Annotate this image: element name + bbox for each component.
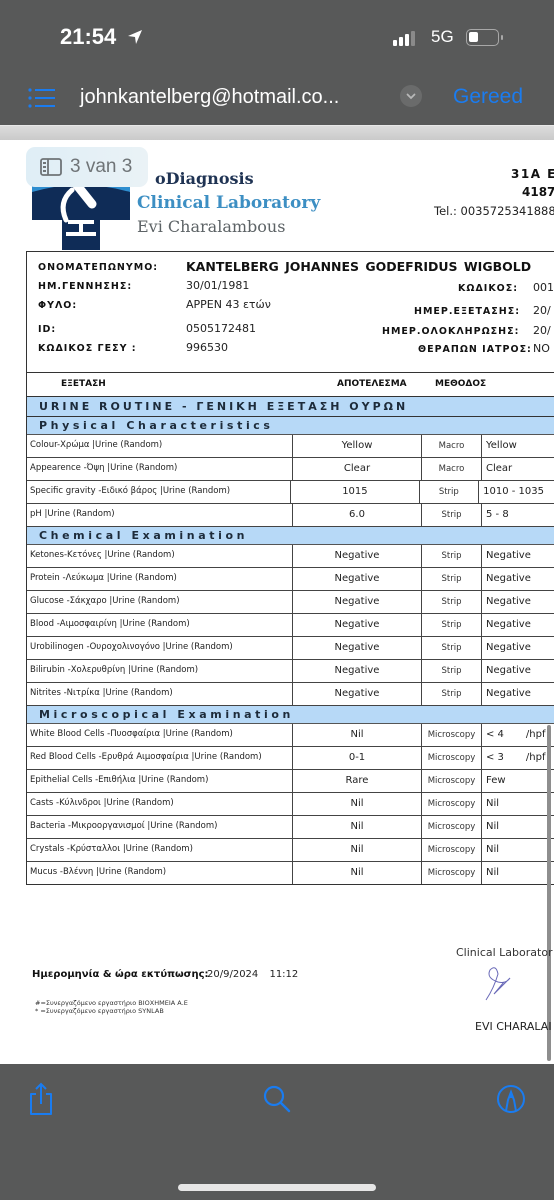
signature-name: EVI CHARALAI (475, 1020, 552, 1033)
test-method: Strip (422, 614, 482, 636)
location-arrow-icon (126, 28, 144, 46)
test-reference: Nil (482, 862, 554, 884)
test-name: Casts -Κύλινδροι |Urine (Random) (27, 793, 293, 815)
completion-date-label: ΗΜΕΡ.ΟΛΟΚΛΗΡΩΣΗΣ: (382, 326, 519, 337)
test-name: Specific gravity -Ειδικό βάρος |Urine (R… (27, 481, 291, 503)
reference-value: Negative (486, 596, 531, 607)
test-result: Negative (293, 683, 422, 705)
test-name: Mucus -Βλέννη |Urine (Random) (27, 862, 293, 884)
reference-value: < 4 (486, 729, 504, 740)
test-reference: Negative (482, 683, 554, 705)
test-result: Negative (293, 637, 422, 659)
lab-address-line2: 4187 (522, 185, 554, 199)
dob-value: 30/01/1981 (186, 279, 249, 292)
page-indicator: 3 van 3 (26, 147, 148, 187)
table-row: Nitrites -Νιτρίκα |Urine (Random)Negativ… (27, 683, 554, 706)
pdf-page[interactable]: 3 van 3 oDiagnosis Clinical Laboratory E… (0, 140, 554, 1064)
id-value: 0505172481 (186, 322, 256, 335)
reference-value: Nil (486, 798, 499, 809)
reference-value: Few (486, 775, 506, 786)
test-name: Bilirubin -Χολερυθρίνη |Urine (Random) (27, 660, 293, 682)
test-name: pH |Urine (Random) (27, 504, 293, 526)
reference-unit: /hpf (526, 729, 546, 740)
status-time: 21:54 (60, 24, 116, 50)
test-method: Strip (422, 545, 482, 567)
status-bar: 21:54 5G (0, 0, 554, 75)
reference-value: Negative (486, 550, 531, 561)
test-method: Macro (422, 458, 482, 480)
doctor-value: ΝΟ (533, 342, 550, 355)
table-header: ΕΞΕΤΑΣΗ ΑΠΟΤΕΛΕΣΜΑ ΜΕΘΟΔΟΣ (27, 373, 554, 397)
test-name: Ketones-Κετόνες |Urine (Random) (27, 545, 293, 567)
signature-icon (476, 960, 520, 1008)
title-menu-button[interactable] (400, 85, 422, 107)
id-label: ID: (38, 324, 56, 335)
share-button[interactable] (24, 1082, 58, 1116)
lab-phone: Tel.: 0035725341888 (434, 204, 554, 218)
print-date-value: 20/9/2024 11:12 (207, 969, 298, 980)
test-method: Strip (422, 660, 482, 682)
test-result: 1015 (291, 481, 419, 503)
scrollbar[interactable] (547, 725, 551, 1061)
test-reference: Nil (482, 839, 554, 861)
footnote-1: #=Συνεργαζόμενο εργαστήριο ΒΙΟΧΗΜΕΙΑ Α.Ε (35, 999, 188, 1007)
exam-date-label: ΗΜΕΡ.ΕΞΕΤΑΣΗΣ: (414, 306, 520, 317)
test-name: Glucose -Σάκχαρο |Urine (Random) (27, 591, 293, 613)
table-row: Protein -Λεύκωμα |Urine (Random)Negative… (27, 568, 554, 591)
test-method: Microscopy (422, 816, 482, 838)
group-title: Physical Characteristics (27, 417, 554, 435)
reference-value: 5 - 8 (486, 509, 509, 520)
group-title: Chemical Examination (27, 527, 554, 545)
list-icon[interactable] (28, 87, 56, 109)
test-result: Nil (293, 724, 422, 746)
reference-value: Nil (486, 844, 499, 855)
test-name: Urobilinogen -Ουροχολινογόνο |Urine (Ran… (27, 637, 293, 659)
lab-subtitle: Clinical Laboratory (137, 193, 320, 213)
markup-button[interactable] (494, 1082, 528, 1116)
table-row: White Blood Cells -Πυοσφαίρια |Urine (Ra… (27, 724, 554, 747)
section-title: URINE ROUTINE - ΓΕΝΙΚΗ ΕΞΕΤΑΣΗ ΟΥΡΩΝ (27, 397, 554, 417)
test-method: Strip (422, 504, 482, 526)
network-type: 5G (431, 27, 454, 47)
test-result: Negative (293, 660, 422, 682)
battery-low-icon (466, 29, 499, 46)
test-result: Nil (293, 839, 422, 861)
search-icon (262, 1084, 292, 1114)
test-reference: Negative (482, 568, 554, 590)
completion-date-value: 20/ (533, 324, 551, 337)
lab-name: oDiagnosis (155, 169, 254, 188)
test-name: Crystals -Κρύσταλλοι |Urine (Random) (27, 839, 293, 861)
test-name: Appearence -Όψη |Urine (Random) (27, 458, 293, 480)
test-name: Red Blood Cells -Ερυθρά Αιμοσφαίρια |Uri… (27, 747, 293, 769)
test-reference: 5 - 8 (482, 504, 554, 526)
test-reference: 1010 - 1035 (479, 481, 554, 503)
reference-unit: /hpf (526, 752, 546, 763)
sex-value: ΑΡΡΕΝ 43 ετών (186, 298, 271, 311)
lab-owner: Evi Charalambous (137, 217, 285, 236)
table-row: Appearence -Όψη |Urine (Random)ClearMacr… (27, 458, 554, 481)
results-table: ΕΞΕΤΑΣΗ ΑΠΟΤΕΛΕΣΜΑ ΜΕΘΟΔΟΣ URINE ROUTINE… (26, 373, 554, 885)
test-reference: Yellow (482, 435, 554, 457)
document-title: johnkantelberg@hotmail.co... (80, 86, 339, 109)
name-label: ΟΝΟΜΑΤΕΠΩΝΥΜΟ: (38, 262, 158, 273)
test-result: Nil (293, 793, 422, 815)
home-indicator (178, 1184, 376, 1191)
test-method: Strip (420, 481, 480, 503)
search-button[interactable] (260, 1082, 294, 1116)
col-method: ΜΕΘΟΔΟΣ (435, 379, 486, 389)
reference-value: 1010 - 1035 (483, 486, 544, 497)
test-reference: Negative (482, 591, 554, 613)
test-reference: Negative (482, 545, 554, 567)
lab-address-line1: 31A E (511, 167, 554, 181)
exam-date-value: 20/ (533, 304, 551, 317)
table-row: Ketones-Κετόνες |Urine (Random)NegativeS… (27, 545, 554, 568)
test-method: Strip (422, 637, 482, 659)
test-name: Nitrites -Νιτρίκα |Urine (Random) (27, 683, 293, 705)
table-row: Bacteria -Μικροοργανισμοί |Urine (Random… (27, 816, 554, 839)
table-row: Specific gravity -Ειδικό βάρος |Urine (R… (27, 481, 554, 504)
patient-name: KANTELBERG JOHANNES GODEFRIDUS WIGBOLD (186, 259, 531, 274)
reference-value: Negative (486, 573, 531, 584)
reference-value: Negative (486, 619, 531, 630)
reference-value: Nil (486, 867, 499, 878)
table-row: Colour-Χρώμα |Urine (Random)YellowMacroY… (27, 435, 554, 458)
test-method: Microscopy (422, 793, 482, 815)
col-result: ΑΠΟΤΕΛΕΣΜΑ (337, 379, 407, 389)
table-row: Bilirubin -Χολερυθρίνη |Urine (Random)Ne… (27, 660, 554, 683)
nav-bar: johnkantelberg@hotmail.co... Gereed (0, 75, 554, 125)
test-method: Microscopy (422, 724, 482, 746)
table-row: Red Blood Cells -Ερυθρά Αιμοσφαίρια |Uri… (27, 747, 554, 770)
test-result: Yellow (293, 435, 422, 457)
reference-value: Negative (486, 642, 531, 653)
test-result: Negative (293, 568, 422, 590)
test-result: 6.0 (293, 504, 422, 526)
test-result: Negative (293, 614, 422, 636)
bottom-toolbar (0, 1064, 554, 1200)
test-method: Strip (422, 568, 482, 590)
test-result: Negative (293, 591, 422, 613)
table-row: Blood -Αιμοσφαιρίνη |Urine (Random)Negat… (27, 614, 554, 637)
test-reference: Negative (482, 637, 554, 659)
test-reference: Negative (482, 660, 554, 682)
reference-value: Clear (486, 463, 512, 474)
footnote-2: * =Συνεργαζόμενο εργαστήριο SYNLAB (35, 1007, 164, 1015)
gesy-label: ΚΩΔΙΚΟΣ ΓΕΣΥ : (38, 343, 137, 354)
code-value: 001 (533, 281, 554, 294)
reference-value: Negative (486, 688, 531, 699)
signature-lab: Clinical Laborator (456, 946, 553, 959)
test-name: Epithelial Cells -Επιθήλια |Urine (Rando… (27, 770, 293, 792)
test-method: Strip (422, 591, 482, 613)
reference-value: Negative (486, 665, 531, 676)
test-result: Rare (293, 770, 422, 792)
table-row: Glucose -Σάκχαρο |Urine (Random)Negative… (27, 591, 554, 614)
test-method: Strip (422, 683, 482, 705)
page-indicator-text: 3 van 3 (70, 156, 132, 178)
test-name: Protein -Λεύκωμα |Urine (Random) (27, 568, 293, 590)
chevron-down-icon (400, 85, 422, 107)
table-row: Epithelial Cells -Επιθήλια |Urine (Rando… (27, 770, 554, 793)
print-date-label: Ημερομηνία & ώρα εκτύπωσης: (32, 969, 209, 980)
reference-value: Nil (486, 821, 499, 832)
test-method: Macro (422, 435, 482, 457)
test-method: Microscopy (422, 747, 482, 769)
patient-info: ΟΝΟΜΑΤΕΠΩΝΥΜΟ: KANTELBERG JOHANNES GODEF… (26, 251, 554, 373)
test-reference: Few (482, 770, 554, 792)
separator (0, 125, 554, 140)
test-reference: Nil (482, 816, 554, 838)
markup-pen-icon (496, 1084, 526, 1114)
test-reference: < 4/hpf (482, 724, 554, 746)
sex-label: ΦΥΛΟ: (38, 300, 77, 311)
page-thumbnail-icon (40, 158, 62, 176)
table-row: Urobilinogen -Ουροχολινογόνο |Urine (Ran… (27, 637, 554, 660)
test-result: 0-1 (293, 747, 422, 769)
col-test: ΕΞΕΤΑΣΗ (61, 379, 106, 389)
test-result: Clear (293, 458, 422, 480)
test-method: Microscopy (422, 770, 482, 792)
test-name: Blood -Αιμοσφαιρίνη |Urine (Random) (27, 614, 293, 636)
test-name: Colour-Χρώμα |Urine (Random) (27, 435, 293, 457)
test-reference: Nil (482, 793, 554, 815)
test-result: Nil (293, 862, 422, 884)
test-result: Negative (293, 545, 422, 567)
test-reference: Negative (482, 614, 554, 636)
done-button[interactable]: Gereed (453, 85, 523, 109)
test-method: Microscopy (422, 862, 482, 884)
test-reference: < 3/hpf (482, 747, 554, 769)
doctor-label: ΘΕΡΑΠΩΝ ΙΑΤΡΟΣ: (418, 344, 532, 355)
share-icon (26, 1082, 56, 1116)
dob-label: ΗΜ.ΓΕΝΝΗΣΗΣ: (38, 281, 132, 292)
gesy-value: 996530 (186, 341, 228, 354)
test-method: Microscopy (422, 839, 482, 861)
reference-value: < 3 (486, 752, 504, 763)
table-row: Mucus -Βλέννη |Urine (Random)NilMicrosco… (27, 862, 554, 885)
test-name: Bacteria -Μικροοργανισμοί |Urine (Random… (27, 816, 293, 838)
cellular-signal-icon (393, 30, 415, 46)
test-name: White Blood Cells -Πυοσφαίρια |Urine (Ra… (27, 724, 293, 746)
reference-value: Yellow (486, 440, 517, 451)
table-row: pH |Urine (Random)6.0Strip5 - 8 (27, 504, 554, 527)
test-reference: Clear (482, 458, 554, 480)
group-title: Microscopical Examination (27, 706, 554, 724)
table-row: Crystals -Κρύσταλλοι |Urine (Random)NilM… (27, 839, 554, 862)
table-row: Casts -Κύλινδροι |Urine (Random)NilMicro… (27, 793, 554, 816)
test-result: Nil (293, 816, 422, 838)
code-label: ΚΩΔΙΚΟΣ: (458, 283, 518, 294)
